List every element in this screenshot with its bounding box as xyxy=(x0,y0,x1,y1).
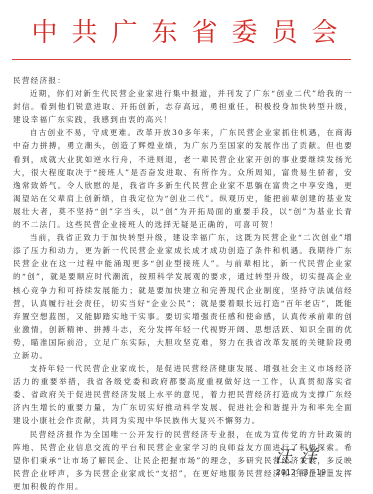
letterhead-title: 中共广东省委员会 xyxy=(0,18,373,48)
letter-paragraph-1: 近期，你们对新生代民营企业家进行集中报道，并刊发了广东“创业二代”给我的一封信。… xyxy=(13,87,353,126)
letter-body: 民营经济报： 近期，你们对新生代民营企业家进行集中报道，并刊发了广东“创业二代”… xyxy=(13,74,353,493)
letterhead-divider xyxy=(12,59,351,60)
handwritten-signature: 汪洋 xyxy=(275,442,325,467)
letter-paragraph-3: 当前，我省正致力于加快转型升级，建设幸福广东，这既为民营企业“二次创业”增添了压… xyxy=(13,231,353,362)
letter-paragraph-4: 支持年轻一代民营企业家成长，是促进民营经济健康发展、增强社会主义市场经济活力的重… xyxy=(13,362,353,427)
letter-paragraph-2: 自古创业不易，守成更难。改革开放30多年来，广东民营企业家抓住机遇，在商海中奋力… xyxy=(13,126,353,231)
letter-salutation: 民营经济报： xyxy=(13,74,353,87)
letter-date: 2012年3月19日 xyxy=(276,467,334,478)
